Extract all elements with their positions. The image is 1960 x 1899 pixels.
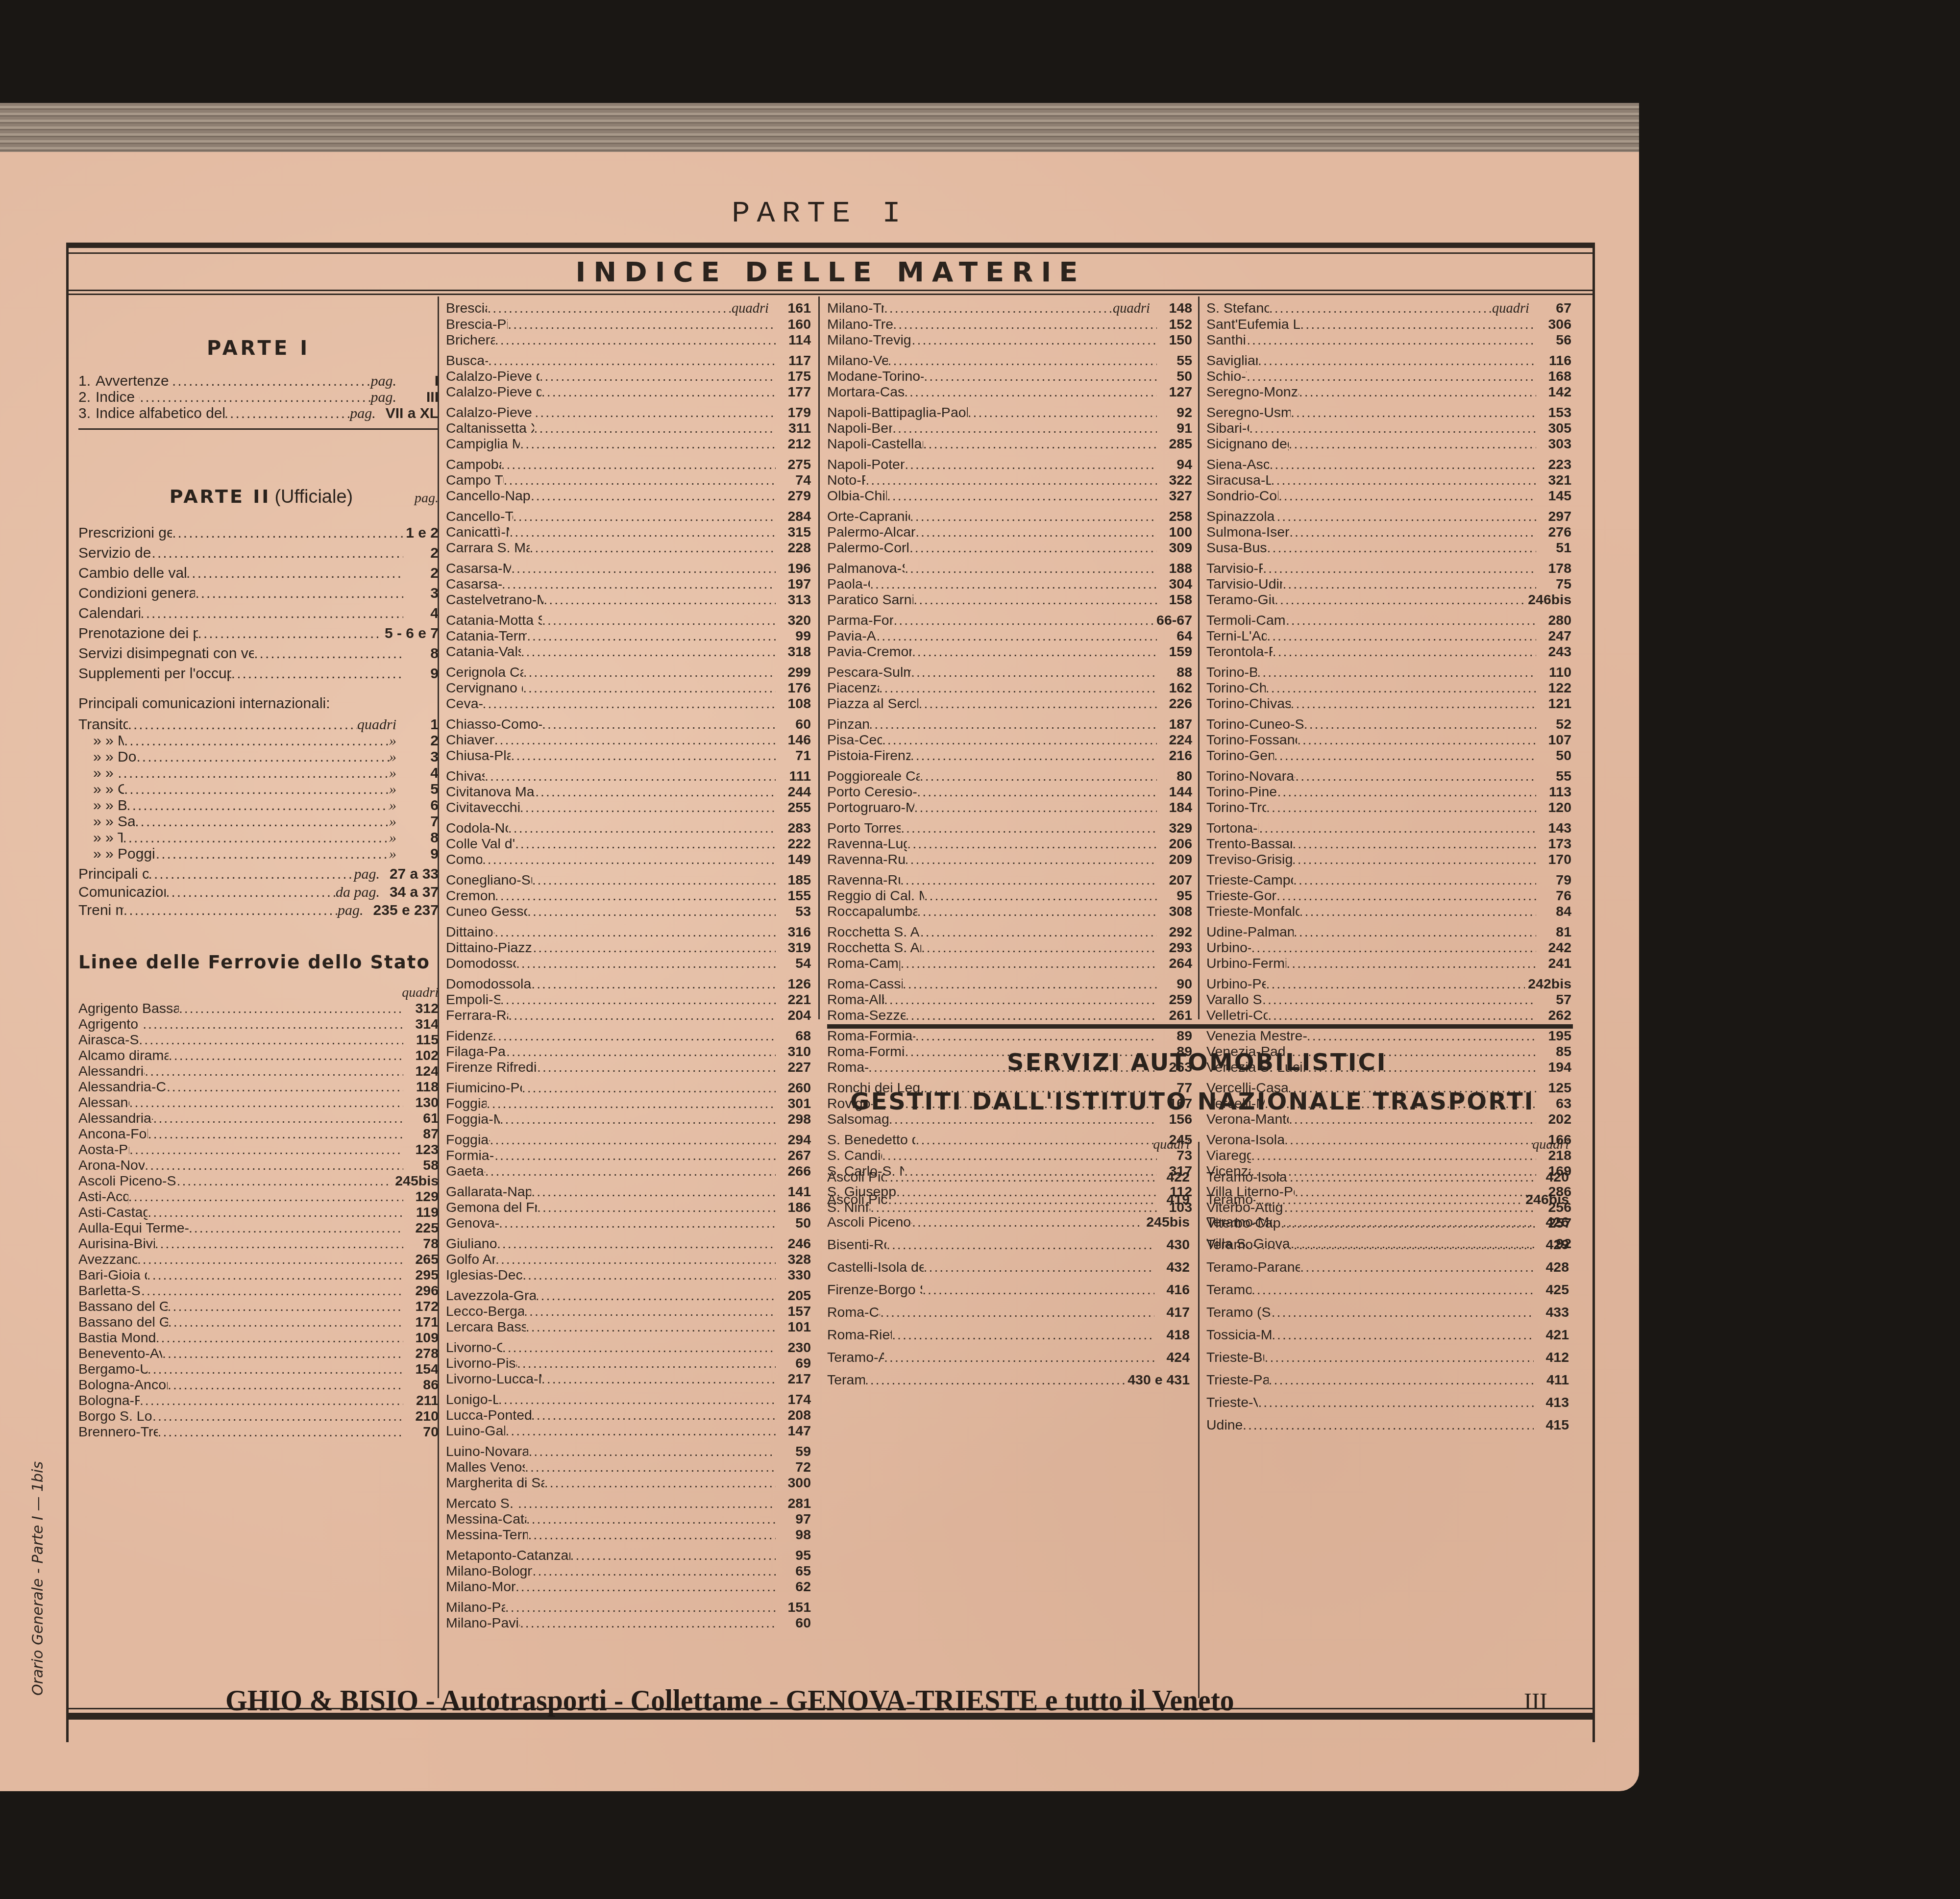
leader-dots	[531, 1184, 776, 1200]
column-separator-bus	[1198, 1142, 1200, 1698]
leader-dots	[1276, 888, 1536, 904]
entry-label: Alcamo diramaz.-Castelvetrano-Trapani	[78, 1048, 169, 1063]
leader-dots	[1266, 680, 1536, 696]
entry-label: Principali comunicazioni interne da	[78, 866, 148, 882]
entry-ref: 221	[776, 992, 811, 1008]
leader-dots	[870, 576, 1157, 592]
entry-ref: 294	[776, 1132, 811, 1148]
entry-ref: 216	[1157, 748, 1192, 764]
line-entry: Poggioreale Campagna-Trieste Centrale80	[827, 768, 1192, 784]
entry-ref: 300	[776, 1475, 811, 1491]
entry-ref: 310	[776, 1044, 811, 1060]
leader-dots	[1293, 872, 1536, 888]
entry-label: Reggio di Cal. Marittima-Messina Maritti…	[827, 888, 924, 904]
leader-dots	[1269, 300, 1492, 316]
entry-ref: 80	[1157, 768, 1192, 784]
entry-label: Cervignano del Friuli-Belvedere	[446, 680, 523, 696]
entry-ref: 55	[1536, 768, 1571, 784]
line-entry: Filaga-Palazzo Adriano310	[446, 1044, 811, 1060]
entry-ref: 51	[1536, 540, 1571, 556]
other-list: Principali comunicazioni interne dapag.2…	[78, 866, 439, 918]
line-entry: Torino-Chivasso-Aosta122	[1206, 680, 1571, 696]
entry-ref: 305	[1536, 420, 1571, 436]
entry-ref: 144	[1157, 784, 1192, 800]
entry-label: Calalzo-Pieve di Cadore-Belluno-Padova	[446, 369, 539, 384]
line-entry: Canicattì-Margonia-Naro315	[446, 524, 811, 540]
entry-label: Torino-Fossano-Mondovì-Ceva-Savona	[1206, 732, 1297, 748]
leader-dots	[531, 488, 776, 504]
entry-ref: 259	[1157, 992, 1192, 1008]
entry-label: Alessandria-Acqui-Savona	[78, 1063, 145, 1079]
line-entry: Lercara Bassa-Filaga-Magazzolo101	[446, 1319, 811, 1335]
entry-ref: 126	[776, 976, 811, 992]
line-entry: Alessandria-Voghera-Piacenza61	[78, 1110, 439, 1126]
leader-dots	[880, 1305, 1154, 1320]
entry-ref: 411	[1534, 1372, 1569, 1388]
leader-dots	[884, 992, 1157, 1008]
entry-label: Roma-Campobasso	[827, 1305, 880, 1320]
bus-entry: Teramo (Servizio Urbano)433	[1206, 1305, 1569, 1320]
entry-ref: 420	[1534, 1169, 1569, 1185]
leader-dots	[198, 625, 382, 641]
line-entry: Civitavecchia Marittima-Roma255	[446, 800, 811, 815]
entry-label: Varallo Sesia-Novara	[1206, 992, 1262, 1008]
leader-dots	[914, 800, 1157, 815]
line-entry: Cremona-Fidenza155	[446, 888, 811, 904]
entry-label: Pavia-Alessandria	[827, 628, 876, 644]
line-entry: Porto Ceresio-Varese-Gallarate-Milano144	[827, 784, 1192, 800]
line-entry: Pescara-Sulmona-Avezzano-Roma88	[827, 665, 1192, 680]
entry-label: Treni merci accelerati	[78, 902, 123, 918]
entry-label: Castelvetrano-Magazzolo-Porto Empedocle	[446, 592, 543, 608]
entry-label: Roma-Formia-Napoli Mergellina	[827, 1044, 905, 1060]
line-entry: Gallarata-Napoli (Servizio completo)141	[446, 1184, 811, 1200]
entry-label: Aurisina-Bivio d'Aurisina-Trieste	[78, 1236, 155, 1252]
leader-dots	[892, 420, 1157, 436]
bus-entry: Teramo-Montorio Vomano426	[1206, 1214, 1569, 1230]
leader-dots	[168, 1377, 403, 1393]
line-entry: Olbia-Chilivani-Cagliari327	[827, 488, 1192, 504]
entry-ref: 243	[1536, 644, 1571, 660]
line-entry: Roma-Campo Leone-Nettuno264	[827, 956, 1192, 971]
bus-entry: Teramo-Isola del Gr. Sasso-Castelli420	[1206, 1169, 1569, 1185]
line-entry: Brennero-Trento-Verona-Bologna70	[78, 1424, 439, 1440]
line-entry: Aulla-Equi Terme-Pieve S. Lorenzo-Casola…	[78, 1220, 439, 1236]
entry-ref: 224	[1157, 732, 1192, 748]
entry-label: Santhià-Arona	[1206, 332, 1247, 348]
entry-label: Teramo-Ascoli Piceno	[827, 1350, 884, 1365]
leader-dots	[905, 457, 1157, 472]
entry-label: Roma-Rieti-Ascoli Piceno	[827, 1327, 892, 1343]
line-entry: Siena-Asciano-Grosseto223	[1206, 457, 1571, 472]
entry-label: Brescia-Cremona	[446, 300, 487, 316]
leader-dots	[137, 1252, 403, 1267]
entry-ref: 74	[776, 472, 811, 488]
line-entry: Terontola-Perugia-Foligno243	[1206, 644, 1571, 660]
entry-label: Schio-Vicenza	[1206, 369, 1247, 384]
line-entry: Chivasso-Asti111	[446, 768, 811, 784]
entry-ref: 145	[1536, 488, 1571, 504]
line-entry: Civitanova Marche-Macerata-Fabriano244	[446, 784, 811, 800]
leader-dots	[924, 369, 1157, 384]
leader-dots	[1258, 353, 1536, 369]
bus-entry: Teramo-Notaresco429	[1206, 1237, 1569, 1253]
line-entry: Agrigento Centrale-Licata314	[78, 1016, 439, 1032]
leader-dots	[1274, 592, 1525, 608]
entry-label: Comunicazioni fra Roma ed i Capiluoghi d…	[78, 884, 166, 900]
leader-dots	[498, 1392, 776, 1407]
linee-list-column-2: Brescia-Cremonaquadri161Brescia-Piadena-…	[446, 300, 811, 1631]
leader-dots	[485, 768, 776, 784]
line-entry: Sant'Eufemia Lamezia-Catanzaro Marina306	[1206, 317, 1571, 332]
linee-heading: Linee delle Ferrovie dello Stato	[78, 955, 439, 970]
line-entry: Seregno-Usmate Carnate-Bergamo153	[1206, 405, 1571, 420]
entry-ref: 284	[776, 509, 811, 524]
entry-label: Malles Venosta-Merano-Bolzano	[446, 1459, 525, 1475]
leader-dots	[1243, 1417, 1534, 1433]
leader-dots	[1300, 1259, 1534, 1275]
entry-ref: 58	[403, 1158, 439, 1173]
entry-label: Napoli-Battipaglia-Paola-Villa S. Giovan…	[827, 405, 968, 420]
entry-label: Cambio delle valute estere sui treni e n…	[78, 565, 186, 581]
line-entry: Velletri-Colleferro Segni262	[1206, 1008, 1571, 1023]
ref-label: pag.	[350, 405, 376, 421]
leader-dots	[912, 332, 1157, 348]
entry-ref: 124	[403, 1063, 439, 1079]
entry-ref: 176	[776, 680, 811, 696]
entry-label: Trieste-Buie-Cittanova	[1206, 1350, 1264, 1365]
line-entry: Piacenza-Cremona162	[827, 680, 1192, 696]
leader-dots	[900, 872, 1157, 888]
entry-ref: 210	[403, 1408, 439, 1424]
entry-ref: 94	[1157, 457, 1192, 472]
entry-ref: 426	[1534, 1214, 1569, 1230]
entry-ref: 63	[1536, 1096, 1571, 1111]
line-entry: Napoli-Castellammare di Stabia-Gragnano2…	[827, 436, 1192, 452]
entry-label: Teramo-Isola del Gr. Sasso-Castelli	[1206, 1169, 1290, 1185]
column-2: Brescia-Cremonaquadri161Brescia-Piadena-…	[446, 300, 811, 1631]
entry-label: » » Modane	[78, 733, 124, 749]
entry-label: Barletta-Spinazzola Città	[78, 1283, 141, 1299]
leader-dots	[168, 1314, 403, 1330]
leader-dots	[1291, 696, 1536, 712]
transit-list: Transito di Ventimigliaquadri1» » Modane…	[78, 716, 439, 862]
parte2-entry: Servizio dei Telegrammi-treno2	[78, 545, 439, 561]
entry-label: Terontola-Perugia-Foligno	[1206, 644, 1273, 660]
entry-label: Avezzano-Roccasecca	[78, 1252, 137, 1267]
leader-dots	[522, 1080, 776, 1096]
entry-ref: 50	[776, 1215, 811, 1231]
entry-label: Poggioreale Campagna-Trieste Centrale	[827, 768, 920, 784]
entry-label: Brennero-Trento-Verona-Bologna	[78, 1424, 158, 1440]
entry-label: Empoli-Siena-Chiusi	[446, 992, 500, 1008]
entry-ref: 86	[403, 1377, 439, 1393]
line-entry: Codola-Nocera Inferiore283	[446, 820, 811, 836]
entry-label: Formia-Sparanise	[446, 1148, 494, 1163]
entry-label: Canicattì-Margonia-Naro	[446, 524, 509, 540]
line-entry: Ravenna-Russi-Faenza-Firenze209	[827, 852, 1192, 867]
leader-dots	[1290, 1169, 1534, 1185]
line-entry: Campiglia Marittima-Piombino212	[446, 436, 811, 452]
entry-ref: 226	[1157, 696, 1192, 712]
entry-ref: 115	[403, 1032, 439, 1048]
leader-dots	[527, 904, 776, 919]
entry-label: Bergamo-Usmate C.-Milano	[78, 1361, 147, 1377]
line-entry: Cancello-Napoli (Servizio completo)279	[446, 488, 811, 504]
entry-ref: 194	[1536, 1060, 1571, 1075]
entry-label: Roccapalumba Alia-Agrigento Centrale	[827, 904, 917, 919]
page-number: III	[1524, 1688, 1547, 1715]
leader-dots	[490, 1132, 776, 1148]
parte2-entry: Cambio delle valute estere sui treni e n…	[78, 565, 439, 581]
entry-label: » » Poggioreale Campagna	[78, 846, 156, 862]
entry-label: Aulla-Equi Terme-Pieve S. Lorenzo-Casola…	[78, 1220, 189, 1236]
line-entry: Milano-Pavia-Stradella151	[446, 1600, 811, 1615]
leader-dots	[501, 457, 776, 472]
entry-ref: 64	[1157, 628, 1192, 644]
linee-list-column-1: Agrigento Bassa-Porto Empedocle Succursa…	[78, 1001, 439, 1440]
entry-label: Torino-Chivasso-Aosta	[1206, 680, 1266, 696]
line-entry: Roccapalumba Alia-Agrigento Centrale308	[827, 904, 1192, 919]
line-entry: Trieste-Gorizia Centr.-Udine76	[1206, 888, 1571, 904]
leader-dots	[887, 488, 1157, 504]
page-edges	[0, 103, 1639, 152]
ref-label: pag.	[338, 902, 364, 918]
bus-entry: Ascoli Piceno-Macerata419	[827, 1192, 1190, 1208]
entry-ref: 415	[1534, 1417, 1569, 1433]
entry-label: Milano-Pavia-Stradella	[446, 1600, 505, 1615]
leader-dots	[910, 509, 1157, 524]
line-entry: Catania-Motta S. An.-Schettino-S. Maria …	[446, 613, 811, 628]
entry-label: Foggia-Manfredonia	[446, 1111, 500, 1127]
line-entry: Reggio di Cal. Marittima-Messina Maritti…	[827, 888, 1192, 904]
entry-ref: 316	[776, 924, 811, 940]
column-1: PARTE I 1.Avvertenze generali per l'uso …	[78, 306, 439, 1440]
entry-label: Bassano del Grappa-Cittadella-Vicenza	[78, 1314, 168, 1330]
entry-label: Servizi disimpegnati con veicoli della C…	[78, 645, 254, 662]
line-entry: Savigliano-Saluzzo116	[1206, 353, 1571, 369]
entry-ref: 62	[776, 1579, 811, 1595]
line-entry: Carrara S. Martino-Carrara-Avenza228	[446, 540, 811, 556]
entry-label: Calalzo-Pieve di C.-Vittorio V.-Venezia	[446, 405, 535, 420]
line-entry: Luino-Gallarate-Milano147	[446, 1423, 811, 1439]
line-entry: Formia-Sparanise267	[446, 1148, 811, 1163]
entry-label: Cuneo Gesso-Borgo S. Dalmazzo	[446, 904, 527, 919]
line-entry: Agrigento Bassa-Porto Empedocle Succursa…	[78, 1001, 439, 1016]
entry-label: Pavia-Cremona-Mantova Monselice	[827, 644, 912, 660]
entry-ref: 264	[1157, 956, 1192, 971]
line-entry: Pistoia-Firenze (Servizio completo)216	[827, 748, 1192, 764]
entry-label: Trieste-Padova-Bologna	[1206, 1372, 1269, 1388]
entry-ref: 278	[403, 1346, 439, 1361]
entry-label: Bologna-Pistoia-Firenze	[78, 1393, 140, 1408]
entry-ref: 245bis	[1143, 1214, 1190, 1230]
leader-dots	[186, 565, 403, 581]
entry-label: Bari-Gioia del Colle-Taranto	[78, 1267, 147, 1283]
line-entry: Ceva-Ormea108	[446, 696, 811, 712]
ref-label: »	[389, 765, 396, 781]
leader-dots	[488, 353, 776, 369]
column-3: Milano-Treviglio-Bergamoquadri148Milano-…	[827, 300, 1192, 1215]
entry-label: Prenotazione dei posti di 1ª e 2ª cl. ne…	[78, 625, 198, 641]
entry-label: Ascoli Piceno-Macerata	[827, 1192, 888, 1208]
leader-dots	[140, 1393, 403, 1408]
leader-dots	[505, 1423, 776, 1439]
parte1-entry: 1.Avvertenze generali per l'uso dell'ora…	[78, 373, 439, 389]
line-entry: Benevento-Avellino-Cancello-Napoli278	[78, 1346, 439, 1361]
transit-entry: » » Chiasso»5	[78, 781, 439, 797]
entry-label: Milano-Pavia-Tortona-Genova	[446, 1615, 520, 1631]
entry-ref: 188	[1157, 561, 1192, 576]
ref-label: pag.	[371, 373, 397, 389]
bus-section-rule	[827, 1024, 1573, 1029]
leader-dots	[526, 1319, 776, 1335]
parte1-heading: PARTE I	[78, 341, 439, 356]
leader-dots	[506, 1044, 776, 1060]
line-entry: Colle Val d'Elsa-Poggibonsi222	[446, 836, 811, 852]
entry-ref: 110	[1536, 665, 1571, 680]
entry-label: Torino-Novara-Milano-Verona-Venezia	[1206, 768, 1295, 784]
entry-label: Caltanissetta Xirbi-Agrigento Centrale	[446, 420, 534, 436]
leader-dots	[1299, 384, 1536, 400]
line-entry: Torino-Fossano-Mondovì-Ceva-Savona107	[1206, 732, 1571, 748]
line-entry: Alessandria-Ovada130	[78, 1095, 439, 1110]
leader-dots	[523, 680, 776, 696]
line-entry: Calalzo-Pieve di C.-Vittorio V.-Venezia1…	[446, 405, 811, 420]
leader-dots	[909, 540, 1157, 556]
entry-ref: 66-67	[1153, 613, 1192, 628]
entry-label: Fidenza-Fornovo	[446, 1028, 492, 1044]
line-entry: Varallo Sesia-Novara57	[1206, 992, 1571, 1008]
leader-dots	[509, 524, 776, 540]
line-entry: Empoli-Siena-Chiusi221	[446, 992, 811, 1008]
entry-ref: 173	[1536, 836, 1571, 852]
leader-dots	[531, 1407, 776, 1423]
entry-label: Tossicia-Montorio-Teramo	[1206, 1327, 1272, 1343]
leader-dots	[1251, 940, 1536, 956]
leader-dots	[920, 768, 1157, 784]
leader-dots	[865, 472, 1157, 488]
entry-label: Roma-Cassino-Caserta-Napoli	[827, 976, 903, 992]
entry-label: Casarsa-Motta di Livenza	[446, 561, 511, 576]
line-entry: Firenze Rifredi-Firenze Campo di Marte22…	[446, 1060, 811, 1075]
leader-dots	[532, 1563, 776, 1579]
entry-label: Lucca-Pontedera-Bagni di Casciana	[446, 1407, 531, 1423]
leader-dots	[1289, 524, 1536, 540]
entry-label: Urbino-Fermignano-Fano-Pesaro	[1206, 956, 1286, 971]
entry-label: Golfo Aranci-Olbia	[446, 1252, 495, 1267]
entry-label: Livorno-Lucca-Montecatini-Pistoia-Firenz…	[446, 1371, 541, 1387]
entry-ref: 121	[1536, 696, 1571, 712]
entry-ref: 75	[1536, 576, 1571, 592]
leader-dots	[1282, 576, 1536, 592]
line-entry: Mortara-Casale Monferrato-Asti127	[827, 384, 1192, 400]
ref-label: pag.	[371, 389, 397, 405]
entry-ref: 153	[1536, 405, 1571, 420]
leader-dots	[224, 405, 350, 421]
entry-ref: 92	[1157, 405, 1192, 420]
line-entry: Pinzano-Sacile187	[827, 716, 1192, 732]
entry-ref: 68	[776, 1028, 811, 1044]
leader-dots	[892, 1327, 1154, 1343]
line-entry: Teramo-Giulianova (Autom.)246bis	[1206, 592, 1571, 608]
entry-ref: 98	[776, 1527, 811, 1543]
ref-label: quadri	[357, 716, 396, 733]
bus-list-right: Teramo-Isola del Gr. Sasso-Castelli420Te…	[1206, 1169, 1569, 1433]
leader-dots	[1267, 628, 1536, 644]
entry-ref: 197	[776, 576, 811, 592]
line-entry: Tarvisio-Fusine-Laghi178	[1206, 561, 1571, 576]
leader-dots	[904, 384, 1157, 400]
leader-dots	[487, 1096, 776, 1111]
line-entry: Livorno-Colle Salvetti230	[446, 1340, 811, 1356]
entry-label: Asti-Acqui-Genova	[78, 1189, 128, 1205]
leader-dots	[901, 820, 1157, 836]
parte2-list: Prescrizioni generali relative ai viaggi…	[78, 525, 439, 682]
entry-label: Milano-Treviglio (Servizio completo)	[827, 332, 912, 348]
line-entry: Malles Venosta-Merano-Bolzano72	[446, 1459, 811, 1475]
leader-dots	[152, 545, 403, 561]
entry-ref: 114	[776, 332, 811, 348]
bus-list-left: Ascoli Piceno-Ancona422Ascoli Piceno-Mac…	[827, 1169, 1190, 1388]
parte2-col-label: pag.	[415, 491, 439, 506]
entry-ref: 416	[1154, 1282, 1190, 1298]
line-entry: Orte-Capranica Sutri-Civitavecchia258	[827, 509, 1192, 524]
part-title: PARTE I	[0, 196, 1639, 231]
entry-ref: 315	[776, 524, 811, 540]
entry-label: Ravenna-Russi-Faenza-Firenze	[827, 852, 905, 867]
entry-label: Orte-Capranica Sutri-Civitavecchia	[827, 509, 910, 524]
entry-label: Conegliano-Susegana-Montebelluna	[446, 872, 532, 888]
bus-entry: Teramo-Ascoli Piceno424	[827, 1350, 1190, 1365]
entry-label: Dittaino-Leonforte	[446, 924, 494, 940]
entry-label: Arona-Novara-Alessandria	[78, 1158, 145, 1173]
entry-ref: 1 e 2	[403, 525, 439, 541]
leader-dots	[570, 1548, 776, 1563]
entry-ref: 60	[776, 716, 811, 732]
leader-dots	[485, 1163, 776, 1179]
line-entry: Margherita di Sav.-Ofantino-Margherita d…	[446, 1475, 811, 1491]
leader-dots	[129, 1142, 403, 1158]
entry-label: Torino-Genova-Pisa-Roma	[1206, 748, 1274, 764]
entry-label: Benevento-Avellino-Cancello-Napoli	[78, 1346, 162, 1361]
entry-ref: 3	[403, 749, 439, 765]
line-entry: Napoli-Potenza-Taranto-Brindisi94	[827, 457, 1192, 472]
entry-ref: 261	[1157, 1008, 1192, 1023]
entry-label: Codola-Nocera Inferiore	[446, 820, 508, 836]
leader-dots	[915, 1028, 1157, 1044]
entry-label: Tarvisio-Fusine-Laghi	[1206, 561, 1263, 576]
entry-label: Gaeta-Formia	[446, 1163, 485, 1179]
entry-ref: 34 a 37	[387, 884, 439, 900]
entry-ref: 9	[403, 666, 439, 682]
leader-dots	[517, 1356, 776, 1371]
entry-ref: 129	[403, 1189, 439, 1205]
entry-label: Filaga-Palazzo Adriano	[446, 1044, 506, 1060]
leader-dots	[522, 1267, 776, 1283]
leader-dots	[1266, 976, 1525, 992]
entry-label: Seregno-Monza-Milano (Serv. completo)	[1206, 384, 1299, 400]
leader-dots	[1292, 836, 1536, 852]
leader-dots	[140, 389, 370, 405]
leader-dots	[923, 436, 1157, 452]
transit-entry: » » Modane»2	[78, 733, 439, 749]
entry-label: Iglesias-Decimomannu-Cagliari	[446, 1267, 522, 1283]
entry-ref: 301	[776, 1096, 811, 1111]
entry-label: Indice delle materie	[96, 389, 140, 405]
entry-label: Teramo (Servizio Urbano)	[1206, 1305, 1272, 1320]
leader-dots	[153, 1110, 403, 1126]
